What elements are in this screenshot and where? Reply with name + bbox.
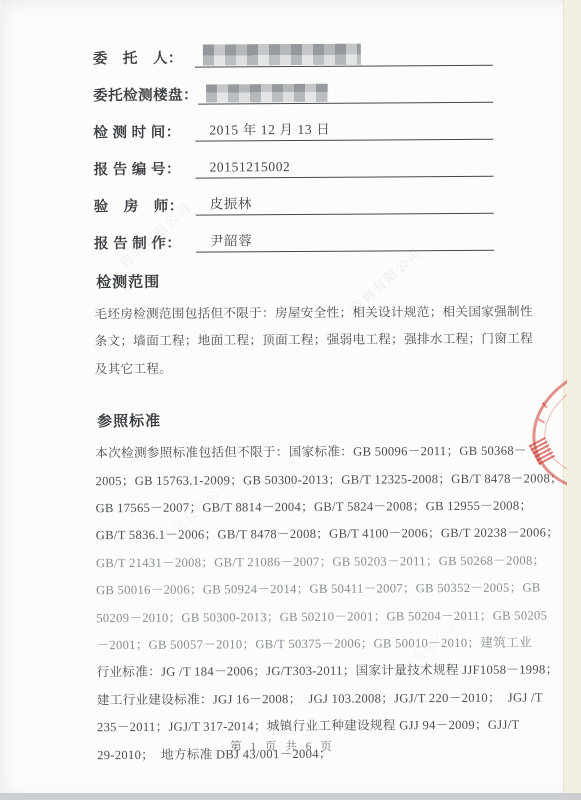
standards-paragraph-line: 建工行业建设标准：JGJ 16－2008； JGJ 103.2008；JGJ/T… (97, 685, 497, 715)
standards-paragraph-line: GB/T 21431－2008；GB/T 21086－2007；GB 50203… (96, 548, 496, 578)
property-redaction-mosaic (206, 84, 328, 103)
inspection-date-field: 2015 年 12 月 13 日 (195, 117, 493, 142)
client-redaction-mosaic (203, 44, 361, 66)
standards-paragraph-line: 本次检测参照标准包括但不限于：国家标准：GB 50096－2011；GB 503… (95, 438, 495, 468)
section-reference-standards: 参照标准 本次检测参照标准包括但不限于：国家标准：GB 50096－2011；G… (95, 408, 497, 769)
inspector-field: 皮振林 (196, 191, 494, 216)
inspector-label: 验 房 师： (94, 195, 196, 217)
scope-paragraph-line: 及其它工程。 (95, 354, 495, 384)
standards-paragraph-line: GB/T 5836.1－2006；GB/T 8478－2008；GB/T 410… (96, 520, 496, 550)
form-row-inspection-date: 检 测 时 间： 2015 年 12 月 13 日 (93, 118, 493, 142)
scan-edge-bottom (0, 793, 581, 800)
standards-paragraph-line: －2001；GB 50057－2010；GB/T 50375－2006；GB 5… (96, 630, 496, 660)
inspection-scope-title: 检测范围 (96, 269, 494, 292)
scan-edge-right (563, 0, 581, 800)
seal-mark-icon (529, 437, 555, 465)
inspection-date-label: 检 测 时 间： (93, 121, 195, 143)
seal-mark-icon (541, 402, 547, 409)
scan-edge-left (0, 0, 3, 800)
report-number-value: 20151215002 (195, 159, 290, 178)
report-author-label: 报 告 制 作： (94, 232, 196, 254)
form-row-property: 委托检测楼盘： (93, 81, 493, 105)
scope-paragraph-line: 条文；墙面工程；地面工程；顶面工程；强弱电工程；强排水工程；门窗工程 (95, 326, 495, 356)
standards-paragraph-line: 50209－2010；GB 50300-2013；GB 50210－2001；G… (96, 602, 496, 632)
report-author-field: 尹韶蓉 (196, 228, 494, 253)
standards-paragraph-line: 2005；GB 15763.1-2009；GB 50300-2013；GB/T … (95, 465, 495, 495)
report-header-form: 委 托 人： 委托检测楼盘： 检 测 时 间： 2015 年 12 月 13 日 (93, 44, 494, 253)
report-number-label: 报 告 编 号： (93, 158, 195, 180)
form-row-report-author: 报 告 制 作： 尹韶蓉 (94, 229, 494, 253)
standards-paragraph-line: GB 17565－2007；GB/T 8814－2004；GB/T 5824－2… (96, 493, 496, 523)
client-field (195, 43, 493, 68)
report-number-field: 20151215002 (195, 154, 493, 179)
page-number-footer: 第 1 页 共 6 页 (0, 738, 565, 754)
form-row-inspector: 验 房 师： 皮振林 (94, 192, 494, 216)
scanned-report-page: 咨询有限公司 咨询有限公司 咨询有限公司 咨询有限公司 委 托 人： 委托检测楼… (0, 0, 581, 800)
inspector-value: 皮振林 (196, 192, 252, 214)
client-label: 委 托 人： (93, 47, 195, 69)
form-row-report-number: 报 告 编 号： 20151215002 (93, 155, 493, 179)
seal-mark-icon (538, 418, 545, 424)
reference-standards-title: 参照标准 (97, 408, 495, 431)
standards-paragraph-line: 行业标准：JG /T 184－2006；JG/T303-2011；国家计量技术规… (97, 657, 497, 687)
property-label: 委托检测楼盘： (93, 84, 198, 106)
property-field (198, 80, 493, 105)
standards-paragraph-line: GB 50016－2006；GB 50924－2014；GB 50411－200… (96, 575, 496, 605)
report-author-value: 尹韶蓉 (196, 229, 252, 251)
form-row-client: 委 托 人： (93, 44, 493, 68)
report-content: 委 托 人： 委托检测楼盘： 检 测 时 间： 2015 年 12 月 13 日 (93, 44, 497, 770)
inspection-date-value: 2015 年 12 月 13 日 (195, 118, 330, 141)
scope-paragraph-line: 毛坯房检测范围包括但不限于：房屋安全性；相关设计规范；相关国家强制性 (94, 299, 494, 329)
section-inspection-scope: 检测范围 毛坯房检测范围包括但不限于：房屋安全性；相关设计规范；相关国家强制性 … (94, 269, 495, 384)
